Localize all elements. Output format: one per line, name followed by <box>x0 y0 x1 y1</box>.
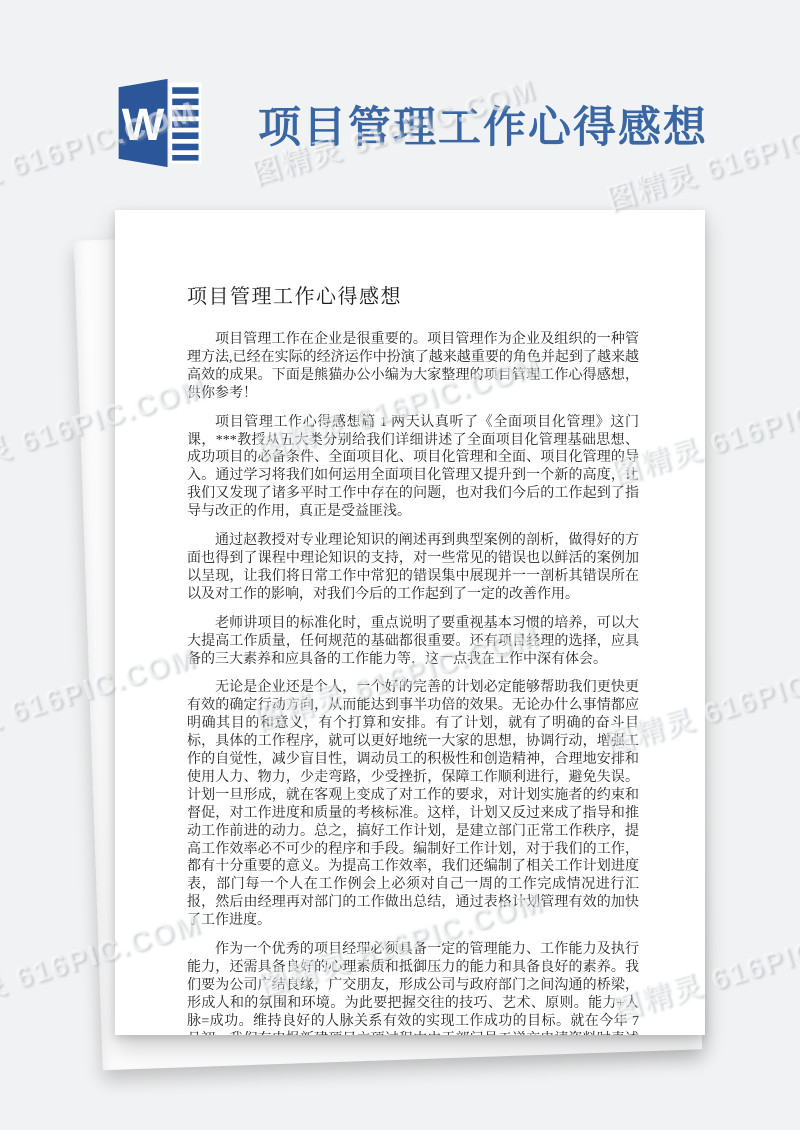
word-icon-page <box>169 83 201 164</box>
document-paragraph-2: 项目管理工作心得感想篇 1 两天认真听了《全面项目化管理》这门课，***教授从五… <box>187 414 639 521</box>
svg-text:W: W <box>122 99 165 150</box>
document-page: 项目管理工作心得感想 项目管理工作在企业是很重要的。项目管理作为企业及组织的一种… <box>115 210 705 1035</box>
header: W 项目管理工作心得感想 <box>0 0 800 210</box>
word-icon: W <box>113 76 207 170</box>
page-background: { "header": { "title": "项目管理工作心得感想", "ti… <box>0 0 800 1130</box>
document-title: 项目管理工作心得感想 <box>187 280 639 309</box>
word-icon-cover: W <box>119 79 168 167</box>
document-paragraph-5: 无论是企业还是个人，一个好的完善的计划必定能够帮助我们更快更有效的确定行动方向，… <box>187 679 639 930</box>
document-paragraph-1: 项目管理工作在企业是很重要的。项目管理作为企业及组织的一种管理方法,已经在实际的… <box>187 331 639 403</box>
document-paragraph-6: 作为一个优秀的项目经理必须具备一定的管理能力、工作能力及执行能力，还需具备良好的… <box>187 941 639 1035</box>
page-title: 项目管理工作心得感想 <box>258 94 708 155</box>
document-paragraph-3: 通过赵教授对专业理论知识的阐述再到典型案例的剖析，做得好的方面也得到了课程中理论… <box>187 532 639 604</box>
document-paragraph-4: 老师讲项目的标准化时，重点说明了要重视基本习惯的培养，可以大大提高工作质量，任何… <box>187 615 639 669</box>
